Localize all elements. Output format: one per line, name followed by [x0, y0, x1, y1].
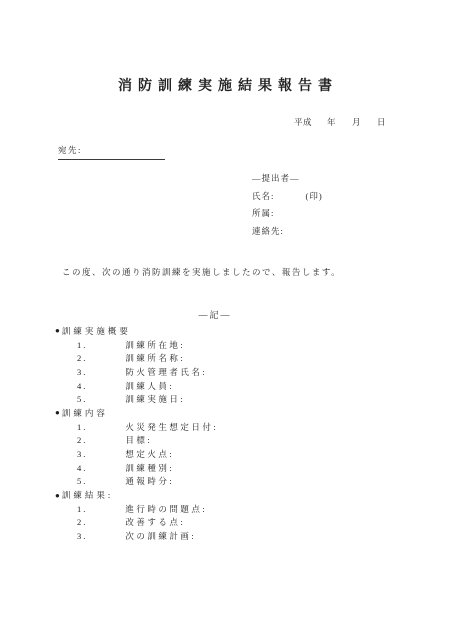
date-day-label: 日 — [377, 116, 386, 128]
item-number: 2. — [77, 435, 87, 445]
body-text: この度、次の通り消防訓練を実施しましたので、報告します。 — [62, 266, 341, 278]
form-field-row: 4. 訓練人員: — [0, 379, 450, 393]
item-label: 改善する点: — [125, 516, 185, 528]
item-label: 次の訓練計画: — [125, 530, 196, 542]
submitter-block: ―提出者― 氏名: (印) 所属: 連絡先: — [252, 170, 323, 240]
form-field-row: 5. 訓練実施日: — [0, 392, 450, 406]
form-field-row: 3. 防火管理者氏名: — [0, 365, 450, 379]
form-field-row: 2. 目標: — [0, 434, 450, 448]
item-label: 進行時の問題点: — [125, 503, 207, 515]
submitter-contact-label: 連絡先: — [252, 223, 323, 241]
item-label: 訓練種別: — [125, 462, 174, 474]
submitter-name-row: 氏名: (印) — [252, 188, 323, 206]
submitter-affiliation-label: 所属: — [252, 205, 323, 223]
date-era-label: 平成 — [294, 116, 312, 128]
item-label: 訓練実施日: — [125, 393, 185, 405]
section: ● 訓練実施概要 1. 訓練所在地: 2. 訓練所名称: 3. 防火管理者氏名:… — [0, 324, 450, 406]
item-label: 訓練所名称: — [125, 352, 185, 364]
bullet-icon: ● — [55, 491, 60, 500]
section-heading-row: ● 訓練内容 — [0, 406, 450, 420]
form-field-row: 3. 想定火点: — [0, 447, 450, 461]
date-line: 平成 年 月 日 — [294, 116, 386, 128]
item-number: 3. — [77, 531, 87, 541]
item-label: 訓練人員: — [125, 380, 174, 392]
item-label: 火災発生想定日付: — [125, 421, 218, 433]
section-items: 1. 訓練所在地: 2. 訓練所名称: 3. 防火管理者氏名: 4. 訓練人員:… — [0, 338, 450, 406]
form-field-row: 2. 改善する点: — [0, 516, 450, 530]
bullet-icon: ● — [55, 408, 60, 417]
item-label: 通報時分: — [125, 475, 174, 487]
item-number: 1. — [77, 340, 87, 350]
date-year-label: 年 — [327, 116, 336, 128]
date-month-label: 月 — [352, 116, 361, 128]
item-number: 2. — [77, 517, 87, 527]
item-number: 4. — [77, 381, 87, 391]
item-number: 4. — [77, 463, 87, 473]
form-field-row: 3. 次の訓練計画: — [0, 529, 450, 543]
form-field-row: 1. 火災発生想定日付: — [0, 420, 450, 434]
item-label: 防火管理者氏名: — [125, 366, 207, 378]
submitter-name-label: 氏名: — [252, 191, 274, 201]
document-title: 消防訓練実施結果報告書 — [0, 75, 450, 95]
seal-placeholder: (印) — [306, 191, 323, 201]
item-number: 2. — [77, 353, 87, 363]
item-number: 3. — [77, 449, 87, 459]
submitter-header: ―提出者― — [252, 170, 323, 188]
section-heading-row: ● 訓練実施概要 — [0, 324, 450, 338]
bullet-icon: ● — [55, 326, 60, 335]
record-divider: ―記― — [0, 308, 430, 321]
section: ● 訓練内容 1. 火災発生想定日付: 2. 目標: 3. 想定火点: 4. 訓… — [0, 406, 450, 488]
item-label: 目標: — [125, 434, 152, 446]
section-heading-row: ● 訓練結果: — [0, 488, 450, 502]
form-field-row: 2. 訓練所名称: — [0, 351, 450, 365]
form-field-row: 5. 通報時分: — [0, 475, 450, 489]
item-number: 5. — [77, 476, 87, 486]
item-number: 1. — [77, 422, 87, 432]
recipient-label: 宛先: — [58, 145, 82, 155]
item-number: 1. — [77, 504, 87, 514]
form-field-row: 1. 進行時の問題点: — [0, 502, 450, 516]
item-label: 訓練所在地: — [125, 339, 185, 351]
report-document: 消防訓練実施結果報告書 平成 年 月 日 宛先: ―提出者― 氏名: (印) 所… — [0, 0, 450, 636]
section-items: 1. 火災発生想定日付: 2. 目標: 3. 想定火点: 4. 訓練種別: 5.… — [0, 420, 450, 488]
section: ● 訓練結果: 1. 進行時の問題点: 2. 改善する点: 3. 次の訓練計画: — [0, 488, 450, 543]
section-heading: 訓練実施概要 — [62, 325, 131, 337]
section-items: 1. 進行時の問題点: 2. 改善する点: 3. 次の訓練計画: — [0, 502, 450, 543]
recipient-field: 宛先: — [58, 144, 165, 160]
sections-list: ● 訓練実施概要 1. 訓練所在地: 2. 訓練所名称: 3. 防火管理者氏名:… — [0, 324, 450, 543]
item-number: 3. — [77, 367, 87, 377]
section-heading: 訓練内容 — [62, 407, 108, 419]
item-number: 5. — [77, 394, 87, 404]
form-field-row: 4. 訓練種別: — [0, 461, 450, 475]
item-label: 想定火点: — [125, 448, 174, 460]
form-field-row: 1. 訓練所在地: — [0, 338, 450, 352]
section-heading: 訓練結果: — [62, 489, 113, 501]
